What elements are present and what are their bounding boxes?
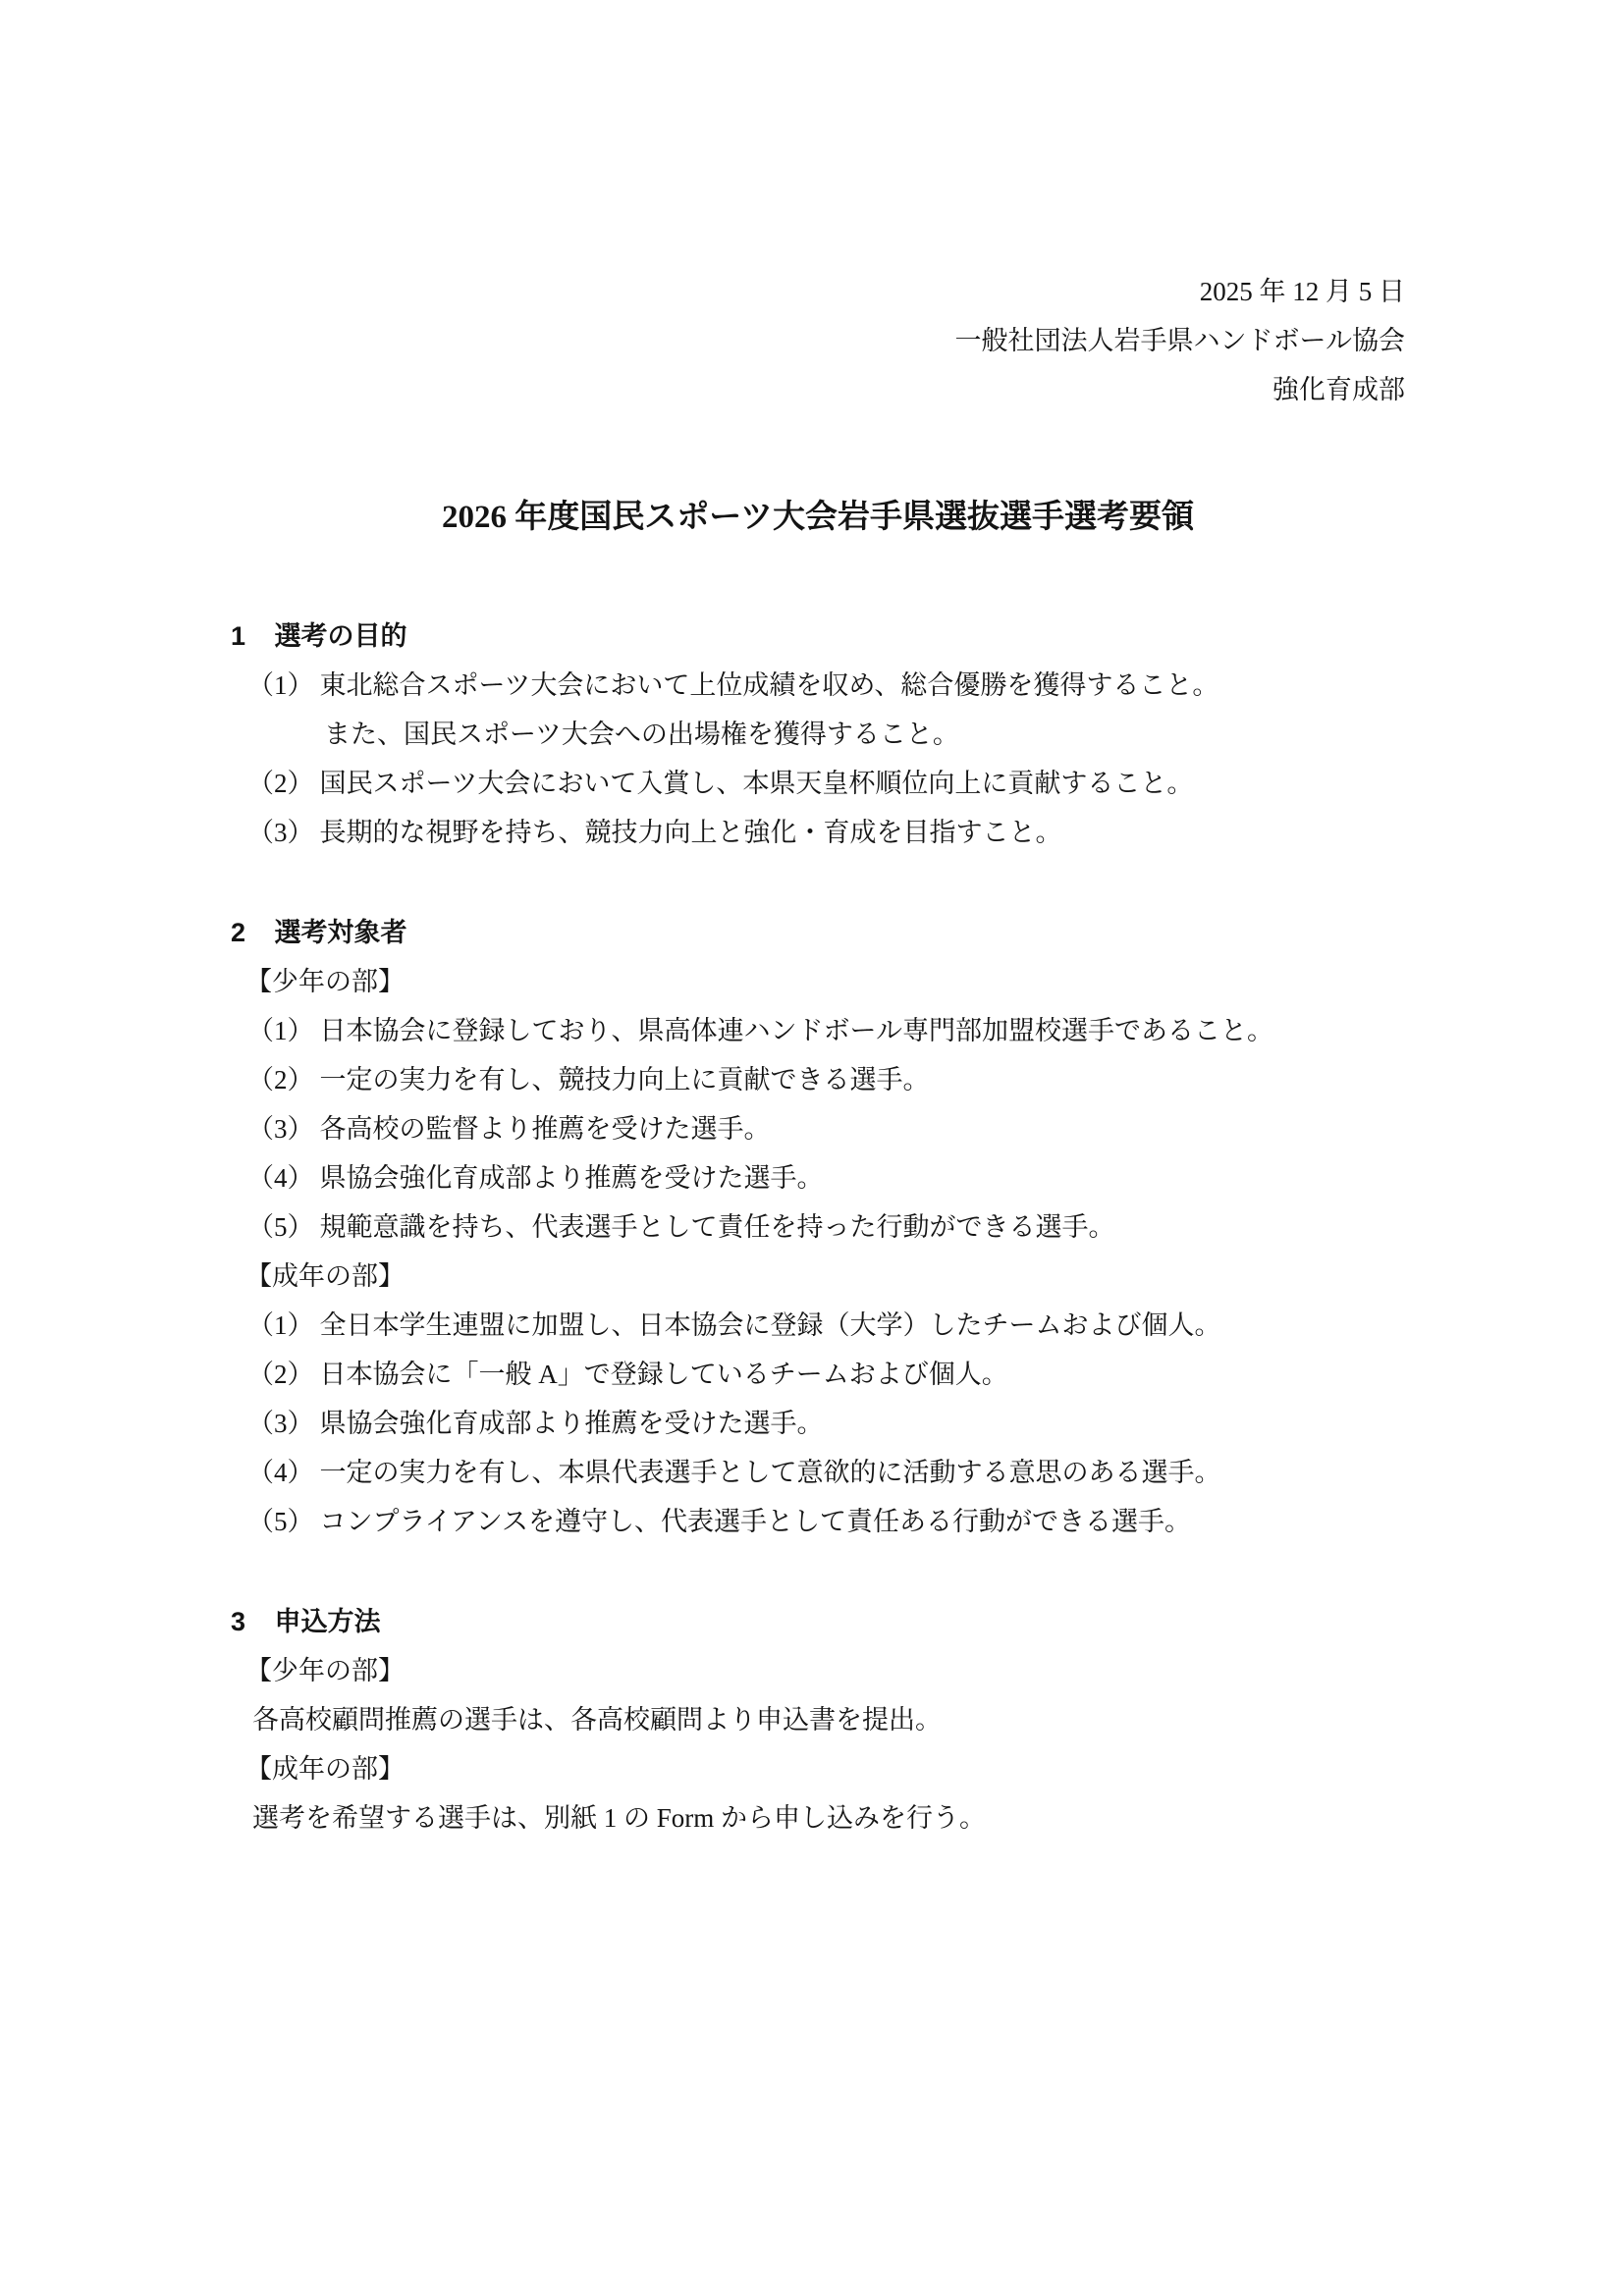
eligibility-junior-item-2: （2）一定の実力を有し、競技力向上に貢献できる選手。	[247, 1055, 1405, 1104]
item-text: 全日本学生連盟に加盟し、日本協会に登録（大学）したチームおよび個人。	[320, 1310, 1221, 1340]
item-text: 長期的な視野を持ち、競技力向上と強化・育成を目指すこと。	[320, 818, 1062, 847]
item-label: （3）	[247, 808, 314, 857]
item-label: （5）	[247, 1202, 314, 1252]
item-text: 東北総合スポーツ大会において上位成績を収め、総合優勝を獲得すること。	[320, 670, 1219, 700]
application-senior-label: 【成年の部】	[245, 1744, 1405, 1793]
purpose-item-3: （3）長期的な視野を持ち、競技力向上と強化・育成を目指すこと。	[247, 808, 1405, 857]
item-label: （1）	[247, 661, 314, 710]
item-text: 一定の実力を有し、競技力向上に貢献できる選手。	[320, 1065, 930, 1095]
section-eligibility-heading: 2 選考対象者	[231, 908, 1405, 957]
application-junior-label: 【少年の部】	[245, 1646, 1405, 1695]
eligibility-senior-item-3: （3）県協会強化育成部より推薦を受けた選手。	[247, 1399, 1405, 1448]
eligibility-senior-item-1: （1）全日本学生連盟に加盟し、日本協会に登録（大学）したチームおよび個人。	[247, 1301, 1405, 1350]
section-heading-text: 選考の目的	[275, 612, 407, 661]
header-organization: 一般社団法人岩手県ハンドボール協会	[231, 316, 1405, 365]
eligibility-senior-item-4: （4）一定の実力を有し、本県代表選手として意欲的に活動する意思のある選手。	[247, 1448, 1405, 1497]
item-text: 国民スポーツ大会において入賞し、本県天皇杯順位向上に貢献すること。	[320, 769, 1194, 798]
item-label: （2）	[247, 1055, 314, 1104]
item-text: 県協会強化育成部より推薦を受けた選手。	[320, 1409, 824, 1438]
item-text: コンプライアンスを遵守し、代表選手として責任ある行動ができる選手。	[320, 1507, 1192, 1536]
purpose-item-2: （2）国民スポーツ大会において入賞し、本県天皇杯順位向上に貢献すること。	[247, 759, 1405, 808]
application-senior-text: 選考を希望する選手は、別紙 1 の Form から申し込みを行う。	[252, 1793, 1405, 1842]
item-label: （4）	[247, 1448, 314, 1497]
item-label: （1）	[247, 1006, 314, 1055]
eligibility-senior-label: 【成年の部】	[245, 1252, 1405, 1301]
section-number: 1	[231, 612, 245, 661]
item-label: （3）	[247, 1399, 314, 1448]
section-eligibility: 2 選考対象者 【少年の部】 （1）日本協会に登録しており、県高体連ハンドボール…	[231, 908, 1405, 1546]
header-date: 2025 年 12 月 5 日	[231, 267, 1405, 316]
section-number: 3	[231, 1597, 245, 1646]
eligibility-junior-item-4: （4）県協会強化育成部より推薦を受けた選手。	[247, 1153, 1405, 1202]
document-title: 2026 年度国民スポーツ大会岩手県選抜選手選考要領	[231, 493, 1405, 542]
eligibility-junior-item-1: （1）日本協会に登録しており、県高体連ハンドボール専門部加盟校選手であること。	[247, 1006, 1405, 1055]
eligibility-senior-item-2: （2）日本協会に「一般 A」で登録しているチームおよび個人。	[247, 1350, 1405, 1399]
eligibility-senior-item-5: （5）コンプライアンスを遵守し、代表選手として責任ある行動ができる選手。	[247, 1497, 1405, 1546]
document-page: 2025 年 12 月 5 日 一般社団法人岩手県ハンドボール協会 強化育成部 …	[0, 0, 1624, 2296]
section-heading-text: 申込方法	[275, 1597, 381, 1646]
item-label: （4）	[247, 1153, 314, 1202]
item-label: （5）	[247, 1497, 314, 1546]
item-text: 一定の実力を有し、本県代表選手として意欲的に活動する意思のある選手。	[320, 1458, 1221, 1487]
item-text: また、国民スポーツ大会への出場権を獲得すること。	[324, 720, 959, 749]
eligibility-junior-item-3: （3）各高校の監督より推薦を受けた選手。	[247, 1104, 1405, 1153]
item-text: 規範意識を持ち、代表選手として責任を持った行動ができる選手。	[320, 1212, 1115, 1242]
eligibility-junior-item-5: （5）規範意識を持ち、代表選手として責任を持った行動ができる選手。	[247, 1202, 1405, 1252]
purpose-item-1-continuation: また、国民スポーツ大会への出場権を獲得すること。	[324, 710, 1405, 759]
application-junior-text: 各高校顧問推薦の選手は、各高校顧問より申込書を提出。	[252, 1695, 1405, 1744]
item-text: 日本協会に「一般 A」で登録しているチームおよび個人。	[320, 1360, 1008, 1389]
purpose-item-1: （1）東北総合スポーツ大会において上位成績を収め、総合優勝を獲得すること。	[247, 661, 1405, 710]
section-selection-purpose: 1 選考の目的 （1）東北総合スポーツ大会において上位成績を収め、総合優勝を獲得…	[231, 612, 1405, 857]
section-number: 2	[231, 908, 245, 957]
item-label: （3）	[247, 1104, 314, 1153]
section-application: 3 申込方法 【少年の部】 各高校顧問推薦の選手は、各高校顧問より申込書を提出。…	[231, 1597, 1405, 1842]
header-department: 強化育成部	[231, 365, 1405, 414]
item-label: （2）	[247, 759, 314, 808]
section-application-heading: 3 申込方法	[231, 1597, 1405, 1646]
item-label: （2）	[247, 1350, 314, 1399]
section-purpose-heading: 1 選考の目的	[231, 612, 1405, 661]
item-text: 県協会強化育成部より推薦を受けた選手。	[320, 1163, 824, 1193]
item-label: （1）	[247, 1301, 314, 1350]
item-text: 各高校の監督より推薦を受けた選手。	[320, 1114, 771, 1144]
item-text: 日本協会に登録しており、県高体連ハンドボール専門部加盟校選手であること。	[320, 1016, 1273, 1045]
eligibility-junior-label: 【少年の部】	[245, 957, 1405, 1006]
document-header: 2025 年 12 月 5 日 一般社団法人岩手県ハンドボール協会 強化育成部	[231, 267, 1405, 414]
section-heading-text: 選考対象者	[275, 908, 407, 957]
